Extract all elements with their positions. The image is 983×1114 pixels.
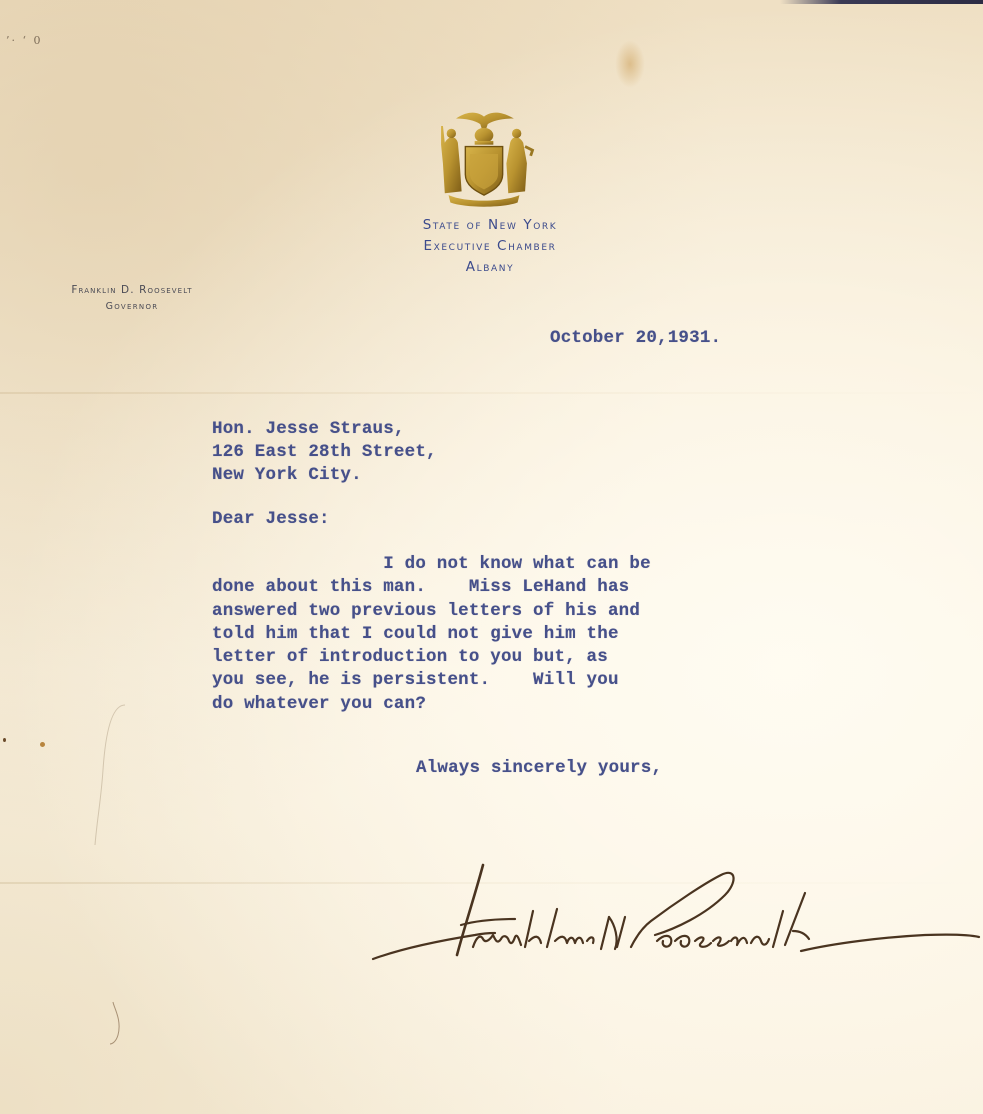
letterhead-city: Albany [330,257,650,278]
recipient-street: 126 East 28th Street, [212,441,437,464]
body-line: told him that I could not give him the [212,623,651,646]
letterhead-chamber: Executive Chamber [330,236,650,257]
governor-block: Franklin D. Roosevelt Governor [32,282,232,316]
recipient-address: Hon. Jesse Straus,126 East 28th Street,N… [212,418,437,487]
body-line: do whatever you can? [212,693,651,716]
body-line: done about this man. Miss LeHand has [212,576,651,599]
body-line: answered two previous letters of his and [212,600,651,623]
pencil-stroke [108,1000,128,1050]
foxing-stain [615,40,645,88]
margin-pencil-mark: ’· ‘ 0 [6,34,42,47]
paper-fold-line [0,392,983,394]
recipient-city: New York City. [212,464,437,487]
governor-title: Governor [32,298,232,316]
recipient-name: Hon. Jesse Straus, [212,418,437,441]
signature [365,855,983,975]
foxing-spot [40,742,45,747]
letterhead-state: State of New York [330,215,650,236]
letterhead: State of New York Executive Chamber Alba… [330,215,650,278]
background-edge [780,0,983,4]
letter-body: I do not know what can bedone about this… [212,553,651,716]
pencil-stroke [85,700,145,850]
foxing-spot [3,738,6,742]
closing: Always sincerely yours, [416,758,662,778]
salutation: Dear Jesse: [212,509,330,529]
letter-date: October 20,1931. [550,328,721,348]
body-line: I do not know what can be [212,553,651,576]
new-york-state-seal-icon [428,98,540,210]
body-line: letter of introduction to you but, as [212,646,651,669]
body-line: you see, he is persistent. Will you [212,669,651,692]
governor-name: Franklin D. Roosevelt [32,282,232,298]
